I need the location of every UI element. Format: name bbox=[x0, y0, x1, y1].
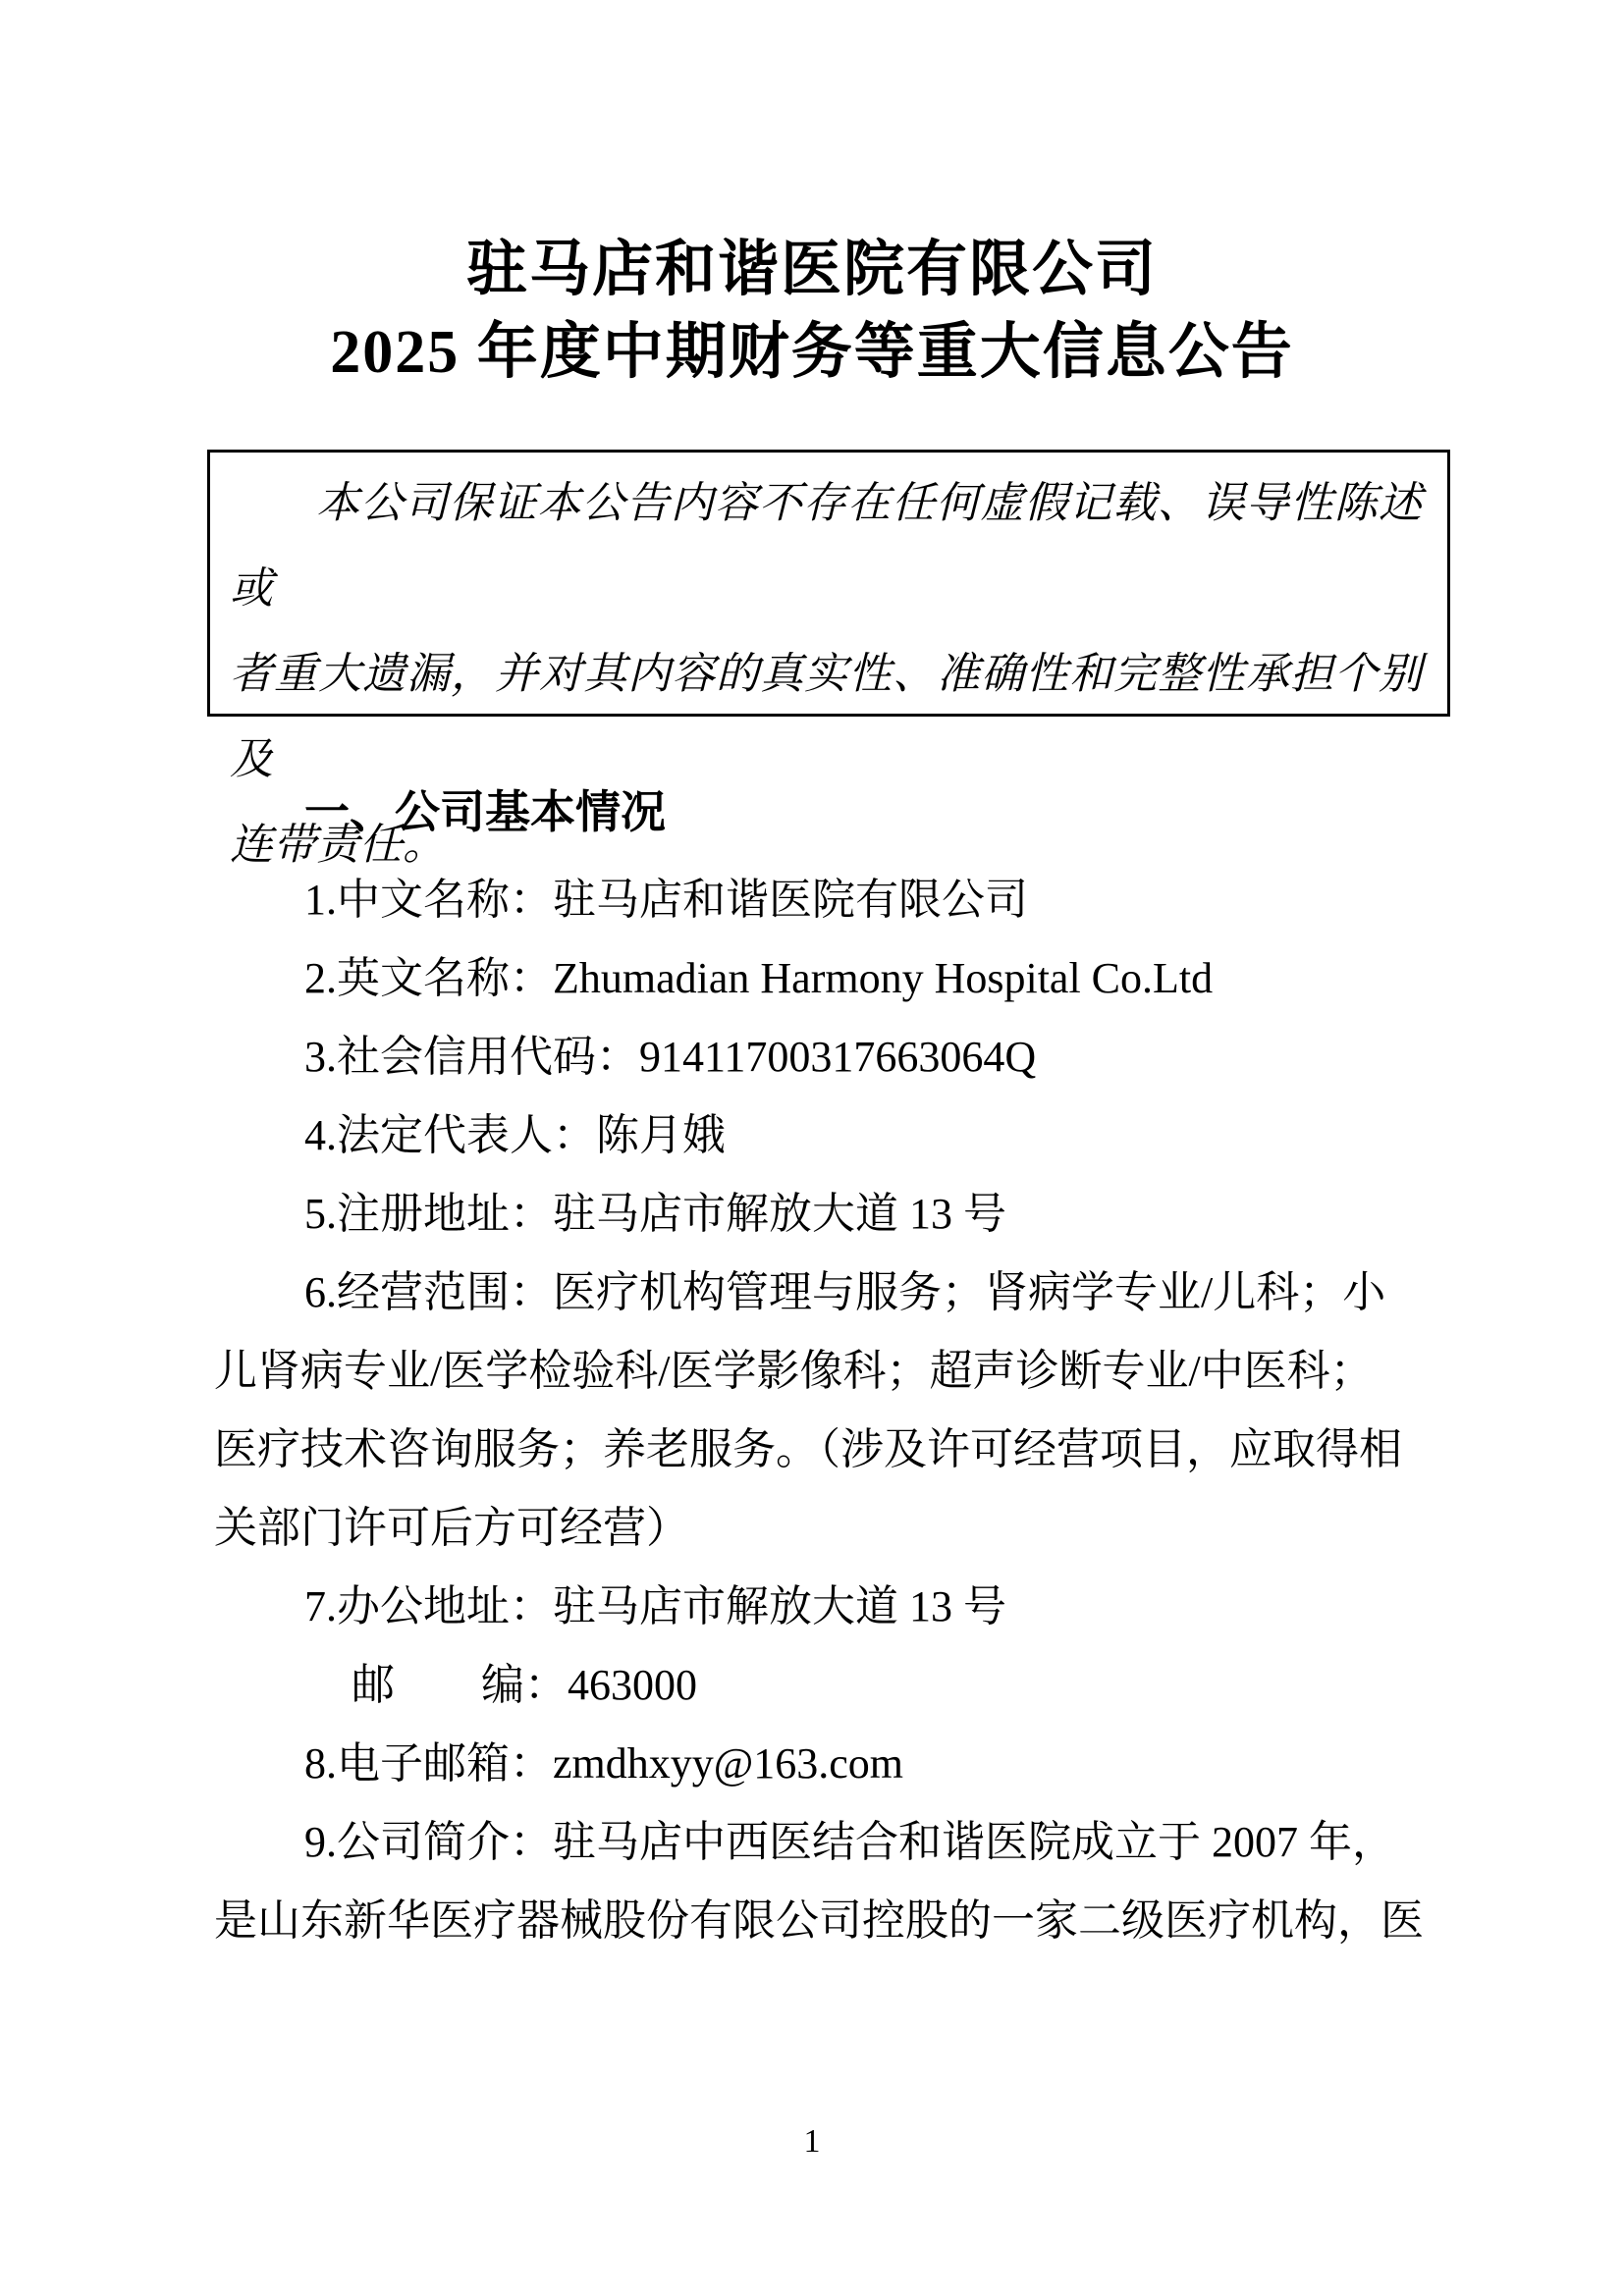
document-title: 驻马店和谐医院有限公司 2025 年度中期财务等重大信息公告 bbox=[0, 0, 1624, 394]
body-line: 邮 编：463000 bbox=[214, 1646, 1424, 1725]
section-heading: 一、公司基本情况 bbox=[214, 773, 1624, 851]
body-line: 是山东新华医疗器械股份有限公司控股的一家二级医疗机构，医 bbox=[214, 1882, 1424, 1960]
document-title-line-1: 驻马店和谐医院有限公司 bbox=[0, 229, 1624, 311]
document-body: 1.中文名称：驻马店和谐医院有限公司2.英文名称：Zhumadian Harmo… bbox=[214, 861, 1424, 1960]
body-line: 3.社会信用代码：91411700317663064Q bbox=[214, 1018, 1424, 1096]
body-line: 1.中文名称：驻马店和谐医院有限公司 bbox=[214, 861, 1424, 939]
body-line: 医疗技术咨询服务；养老服务。（涉及许可经营项目，应取得相 bbox=[214, 1411, 1424, 1489]
body-line: 儿肾病专业/医学检验科/医学影像科；超声诊断专业/中医科； bbox=[214, 1332, 1424, 1411]
document-title-line-2: 2025 年度中期财务等重大信息公告 bbox=[0, 311, 1624, 394]
document-page: 驻马店和谐医院有限公司 2025 年度中期财务等重大信息公告 本公司保证本公告内… bbox=[0, 0, 1624, 2296]
page-number: 1 bbox=[0, 2120, 1624, 2163]
body-line: 4.法定代表人：陈月娥 bbox=[214, 1096, 1424, 1175]
disclaimer-line-1: 本公司保证本公告内容不存在任何虚假记载、误导性陈述或 bbox=[230, 460, 1422, 631]
body-line: 9.公司简介：驻马店中西医结合和谐医院成立于 2007 年， bbox=[214, 1803, 1424, 1882]
body-line: 关部门许可后方可经营） bbox=[214, 1489, 1424, 1568]
body-line: 6.经营范围：医疗机构管理与服务；肾病学专业/儿科；小 bbox=[214, 1254, 1424, 1332]
body-line: 5.注册地址：驻马店市解放大道 13 号 bbox=[214, 1175, 1424, 1254]
disclaimer-box: 本公司保证本公告内容不存在任何虚假记载、误导性陈述或 者重大遗漏，并对其内容的真… bbox=[207, 450, 1450, 717]
body-line: 2.英文名称：Zhumadian Harmony Hospital Co.Ltd bbox=[214, 939, 1424, 1018]
body-line: 7.办公地址：驻马店市解放大道 13 号 bbox=[214, 1568, 1424, 1646]
body-line: 8.电子邮箱：zmdhxyy@163.com bbox=[214, 1725, 1424, 1803]
